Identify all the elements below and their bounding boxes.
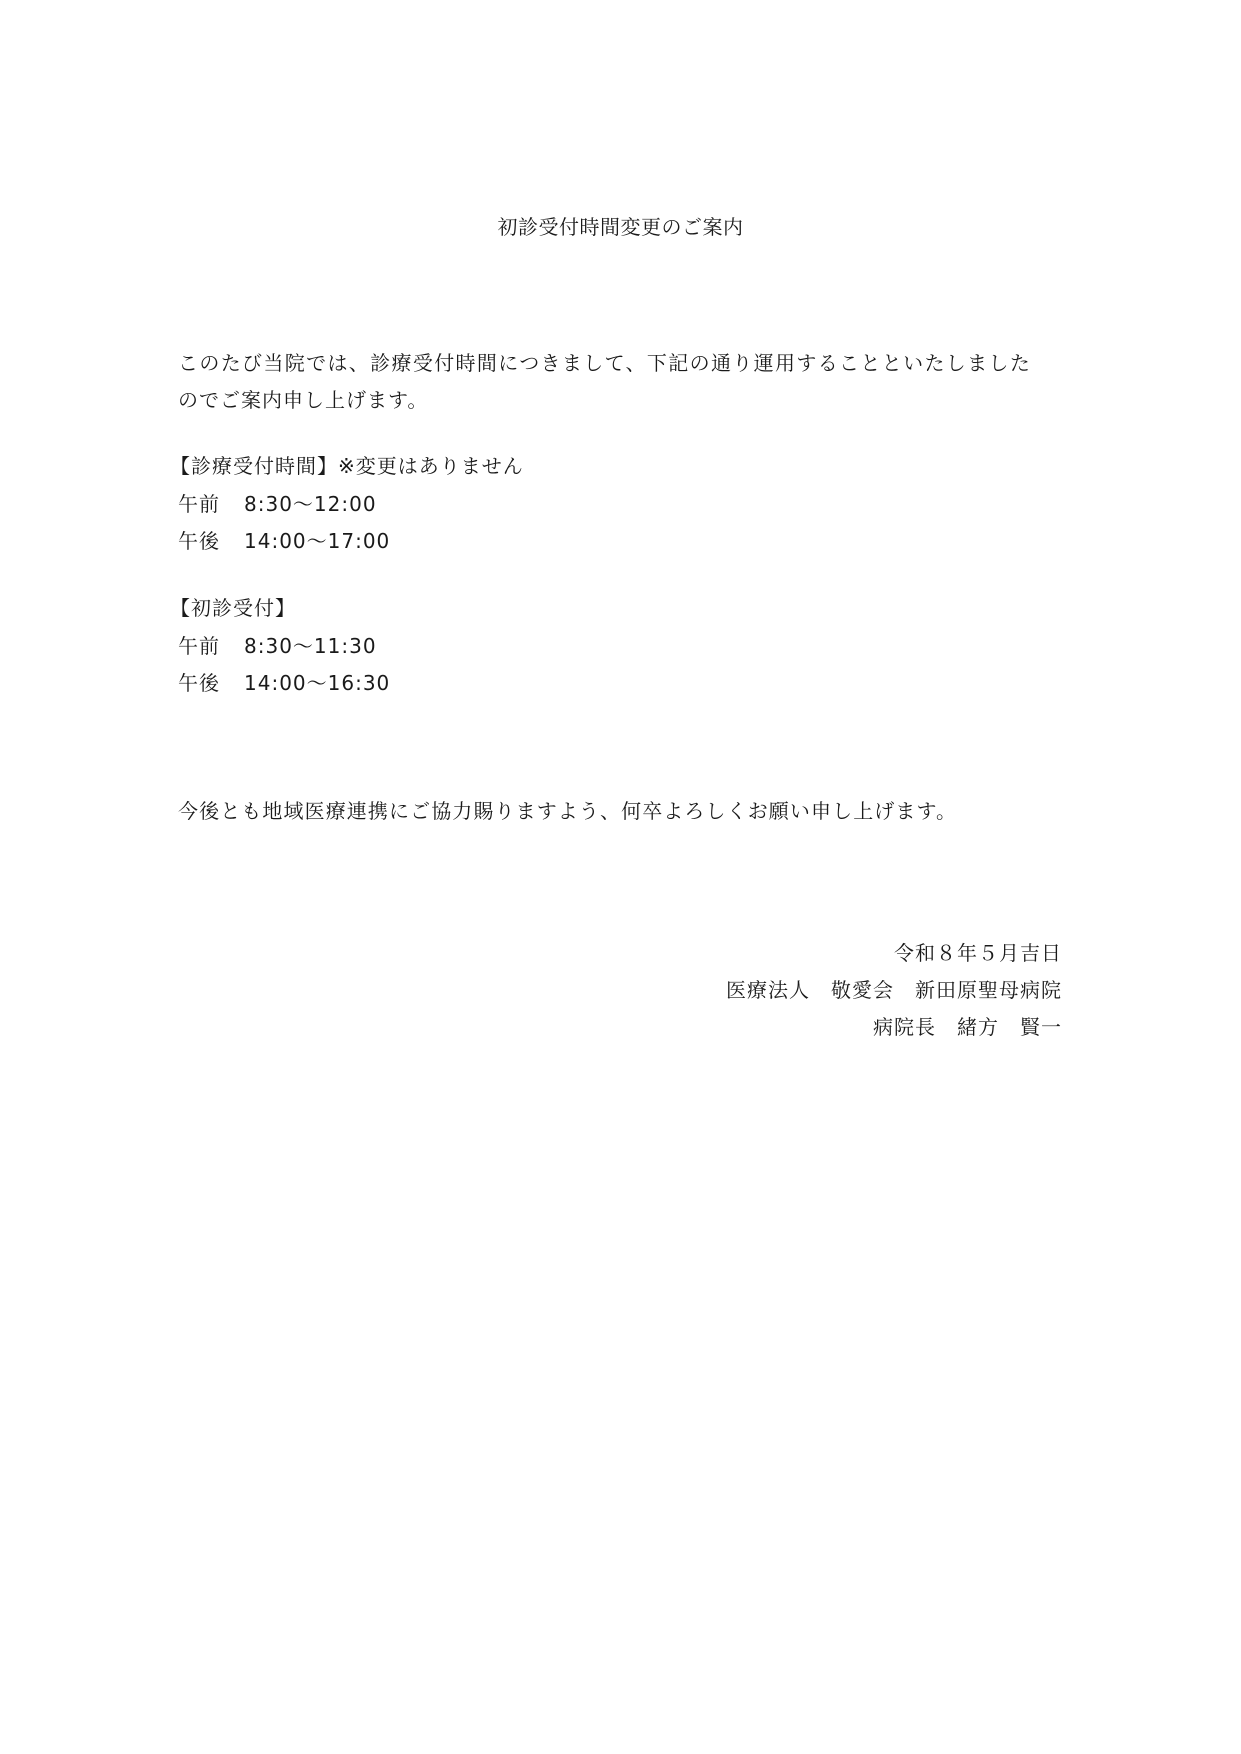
- intro-line-2: のでご案内申し上げます。: [178, 386, 428, 414]
- document-page: 初診受付時間変更のご案内 このたび当院では、診療受付時間につきまして、下記の通り…: [0, 0, 1241, 1754]
- morning-label: 午前: [178, 490, 244, 518]
- afternoon-time: 14:00～17:00: [244, 529, 390, 553]
- morning-time: 8:30～11:30: [244, 634, 377, 658]
- document-title: 初診受付時間変更のご案内: [0, 213, 1241, 241]
- intro-line-1: このたび当院では、診療受付時間につきまして、下記の通り運用することといたしました: [178, 349, 1031, 377]
- signature-date: 令和８年５月吉日: [894, 939, 1062, 967]
- section-heading-consultation-hours: 【診療受付時間】※変更はありません: [170, 452, 524, 480]
- section-heading-first-visit: 【初診受付】: [170, 594, 296, 622]
- morning-label: 午前: [178, 632, 244, 660]
- first-visit-afternoon: 午後14:00～16:30: [178, 669, 390, 697]
- afternoon-label: 午後: [178, 527, 244, 555]
- closing-remark: 今後とも地域医療連携にご協力賜りますよう、何卒よろしくお願い申し上げます。: [178, 797, 957, 825]
- signature-director: 病院長 緒方 賢一: [873, 1013, 1062, 1041]
- consultation-hours-morning: 午前8:30～12:00: [178, 490, 377, 518]
- first-visit-morning: 午前8:30～11:30: [178, 632, 377, 660]
- afternoon-time: 14:00～16:30: [244, 671, 390, 695]
- morning-time: 8:30～12:00: [244, 492, 377, 516]
- signature-organization: 医療法人 敬愛会 新田原聖母病院: [726, 976, 1062, 1004]
- afternoon-label: 午後: [178, 669, 244, 697]
- consultation-hours-afternoon: 午後14:00～17:00: [178, 527, 390, 555]
